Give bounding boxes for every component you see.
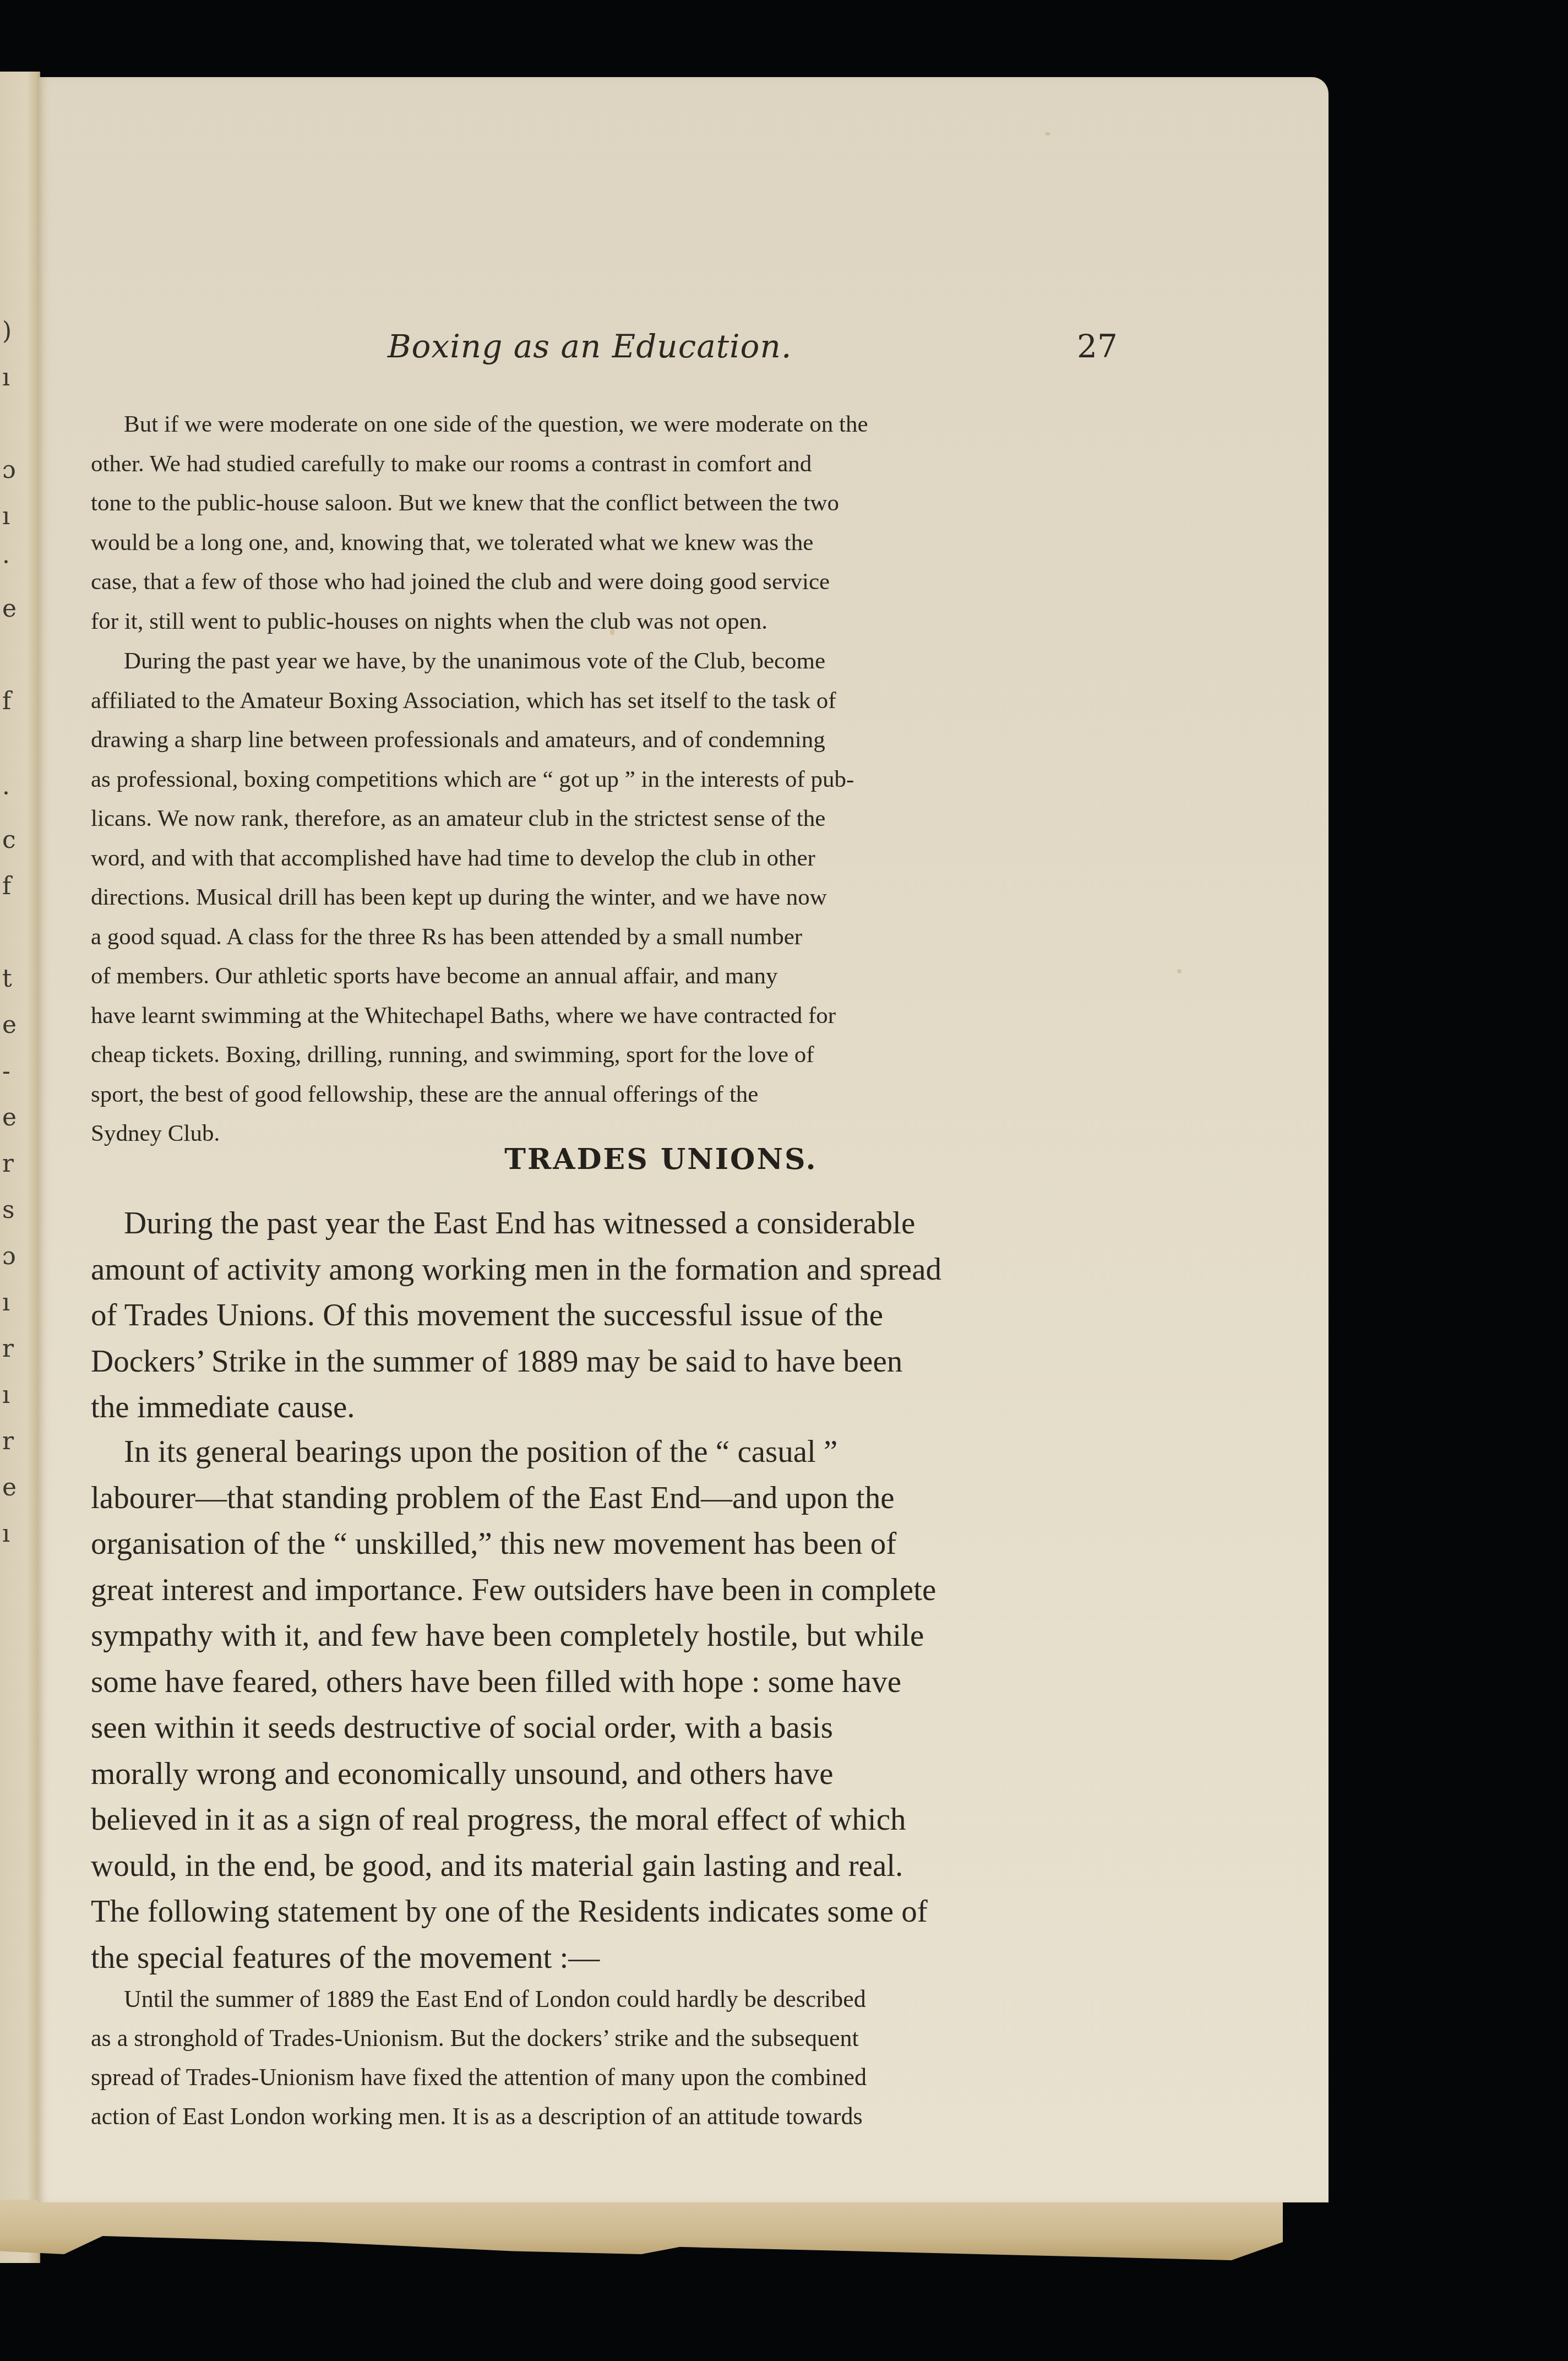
text-line: spread of Trades-Unionism have fixed the… [58, 2058, 1159, 2097]
facing-fragment: ɔ [2, 447, 24, 493]
facing-fragment: ı [2, 1280, 24, 1326]
facing-fragment: t [2, 956, 24, 1002]
text-line: The following statement by one of the Re… [58, 1889, 1159, 1935]
text-line: sympathy with it, and few have been comp… [58, 1613, 1159, 1659]
facing-fragment: f [2, 863, 24, 910]
text-line: believed in it as a sign of real progres… [58, 1797, 1159, 1843]
text-line: as a stronghold of Trades-Unionism. But … [58, 2019, 1159, 2058]
text-line: of Trades Unions. Of this movement the s… [58, 1292, 1159, 1339]
text-line: licans. We now rank, therefore, as an am… [58, 799, 1159, 839]
facing-fragment: ɔ [2, 1233, 24, 1280]
book-page: Boxing as an Education. 27 But if we wer… [37, 77, 1329, 2202]
text-line: case, that a few of those who had joined… [58, 562, 1159, 602]
text-line: affiliated to the Amateur Boxing Associa… [58, 681, 1159, 721]
facing-fragment [2, 910, 24, 956]
facing-fragment: r [2, 1326, 24, 1372]
paragraph-boxing-association: During the past year we have, by the una… [91, 641, 1159, 1154]
running-head-title: Boxing as an Education. [388, 328, 792, 365]
paragraph-trades-unions-intro: During the past year the East End has wi… [91, 1200, 1159, 1430]
text-line: labourer—that standing problem of the Ea… [58, 1475, 1159, 1521]
text-line: other. We had studied carefully to make … [58, 444, 1159, 484]
facing-fragment: r [2, 1418, 24, 1465]
facing-fragment [2, 725, 24, 771]
text-line: would be a long one, and, knowing that, … [58, 523, 1159, 563]
facing-fragment: ı [2, 1372, 24, 1418]
page-number: 27 [1077, 328, 1118, 365]
facing-fragment: e [2, 1002, 24, 1048]
facing-fragment: ı [2, 355, 24, 401]
facing-fragment: ı [2, 493, 24, 540]
text-line: would, in the end, be good, and its mate… [58, 1843, 1159, 1889]
text-line: sport, the best of good fellowship, thes… [58, 1075, 1159, 1114]
facing-fragment: r [2, 1141, 24, 1187]
facing-fragment: e [2, 1465, 24, 1511]
facing-fragment: e [2, 1095, 24, 1141]
text-line: Dockers’ Strike in the summer of 1889 ma… [58, 1339, 1159, 1385]
paper-foxing-spot [1045, 132, 1050, 135]
text-line: seen within it seeds destructive of soci… [58, 1705, 1159, 1751]
text-line: a good squad. A class for the three Rs h… [58, 917, 1159, 957]
text-line: as professional, boxing competitions whi… [58, 760, 1159, 799]
text-line: some have feared, others have been fille… [58, 1659, 1159, 1705]
facing-fragment: c [2, 817, 24, 863]
text-line: During the past year the East End has wi… [91, 1200, 1159, 1247]
text-line: During the past year we have, by the una… [91, 641, 1159, 681]
text-line: for it, still went to public-houses on n… [58, 602, 1159, 641]
paragraph-trades-unions-bearings: In its general bearings upon the positio… [91, 1429, 1159, 1981]
facing-fragment: - [2, 1048, 24, 1095]
facing-page-fragments: ) ı ɔ ı · e f · c f t e - e r s ɔ ı r ı … [2, 308, 24, 1557]
text-line: morally wrong and economically unsound, … [58, 1751, 1159, 1797]
section-heading-trades-unions: TRADES UNIONS. [37, 1143, 1329, 1176]
text-line: the immediate cause. [58, 1384, 1159, 1430]
running-head: Boxing as an Education. 27 [37, 328, 1329, 377]
text-line: the special features of the movement :— [58, 1935, 1159, 1981]
text-line: In its general bearings upon the positio… [91, 1429, 1159, 1475]
facing-fragment: e [2, 586, 24, 632]
text-line: tone to the public-house saloon. But we … [58, 483, 1159, 523]
facing-page-edge: ) ı ɔ ı · e f · c f t e - e r s ɔ ı r ı … [0, 72, 40, 2263]
facing-fragment: ı [2, 1511, 24, 1557]
facing-fragment [2, 401, 24, 447]
facing-fragment: · [2, 540, 24, 586]
facing-fragment [2, 632, 24, 678]
text-line: of members. Our athletic sports have bec… [58, 956, 1159, 996]
text-line: Until the summer of 1889 the East End of… [91, 1979, 1159, 2019]
quotation-resident-statement: Until the summer of 1889 the East End of… [91, 1979, 1159, 2136]
text-line: organisation of the “ unskilled,” this n… [58, 1521, 1159, 1567]
text-line: directions. Musical drill has been kept … [58, 878, 1159, 917]
paper-foxing-spot [1177, 969, 1182, 973]
text-line: cheap tickets. Boxing, drilling, running… [58, 1035, 1159, 1075]
facing-fragment: s [2, 1187, 24, 1233]
paragraph-boxing-moderation: But if we were moderate on one side of t… [91, 405, 1159, 641]
facing-fragment: · [2, 771, 24, 817]
text-line: But if we were moderate on one side of t… [91, 405, 1159, 444]
facing-fragment: f [2, 678, 24, 725]
text-line: word, and with that accomplished have ha… [58, 839, 1159, 878]
text-line: action of East London working men. It is… [58, 2097, 1159, 2136]
text-line: have learnt swimming at the Whitechapel … [58, 996, 1159, 1036]
text-line: great interest and importance. Few outsi… [58, 1567, 1159, 1613]
facing-fragment: ) [2, 308, 24, 355]
text-line: amount of activity among working men in … [58, 1247, 1159, 1293]
page-stack-bottom-edge [0, 2200, 1283, 2260]
text-line: drawing a sharp line between professiona… [58, 720, 1159, 760]
